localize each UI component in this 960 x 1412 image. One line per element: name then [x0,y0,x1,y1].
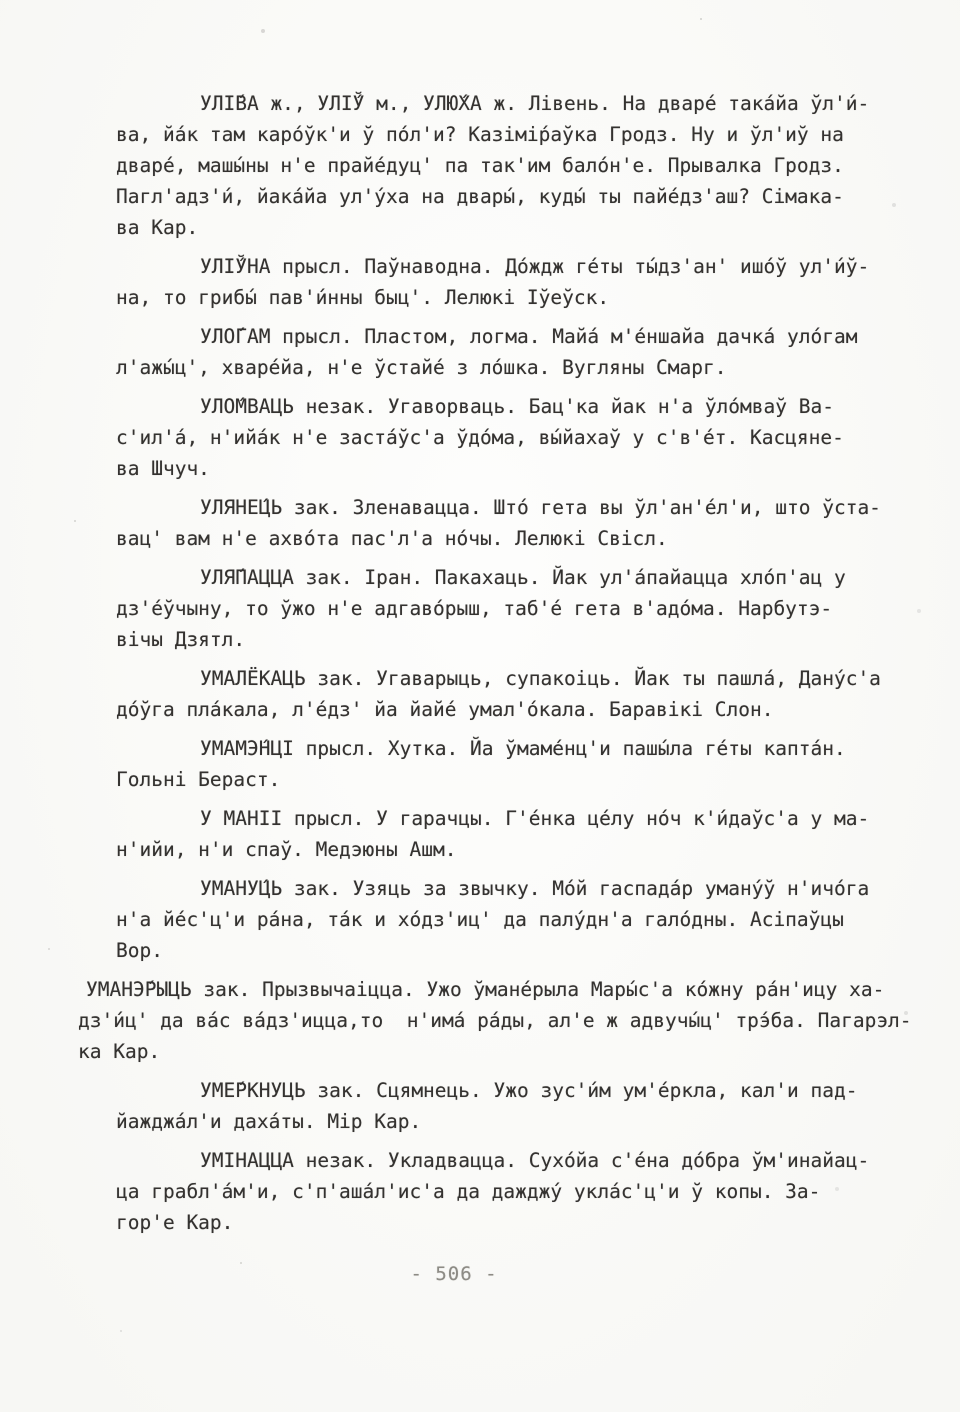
page-number: - 506 - [0,1263,934,1285]
scanned-dictionary-page: УЛІ́ВА ж., УЛІ́Ў м., УЛЮ́ХА ж. Лівень. Н… [0,0,960,1412]
entry-ulomvac: УЛО́МВАЦЬ незак. Угаворваць. Бац'ка йак … [116,391,896,484]
dictionary-text-block: УЛІ́ВА ж., УЛІ́Ў м., УЛЮ́ХА ж. Лівень. Н… [116,88,896,1246]
entry-u-manii: У МАНІІ прысл. У гарачцы. Г'е́нка це́лу … [116,803,896,865]
entry-uminacca: УМІНАЦЦА незак. Укладвацца. Сухо́йа с'е́… [116,1145,896,1238]
entry-umaneryc: УМАНЭ́РЫЦЬ зак. Прызвычаіцца. Ужо ўмане́… [78,974,950,1067]
entry-uliuna: УЛІ́ЎНА прысл. Паўнаводна. До́ждж ге́ты … [116,251,896,313]
entry-uliapacca: УЛЯ́ПАЦЦА зак. Іран. Пакахаць. Йак ул'а́… [116,562,896,655]
entry-umaliokac: УМАЛЁКАЦЬ зак. Угаварыць, супакоіць. Йак… [116,663,896,725]
entry-ulianiec: УЛЯНЕ́ЦЬ зак. Зленавацца. Што́ гета вы ў… [116,492,896,554]
scan-noise [0,0,2,2]
entry-umamenci: УМАМЭ́НЦІ прысл. Хутка. Йа ўмаме́нц'и па… [116,733,896,795]
entry-uliva: УЛІ́ВА ж., УЛІ́Ў м., УЛЮ́ХА ж. Лівень. Н… [116,88,896,243]
entry-umanuc: УМАНУ́ЦЬ зак. Узяць за звычку. Мо́й гасп… [116,873,896,966]
entry-ulogam: УЛО́ГАМ прысл. Пластом, логма. Майа́ м'е… [116,321,896,383]
entry-umierknuc: УМЕ́РКНУЦЬ зак. Сцямнець. Ужо зус'и́м ум… [116,1075,896,1137]
